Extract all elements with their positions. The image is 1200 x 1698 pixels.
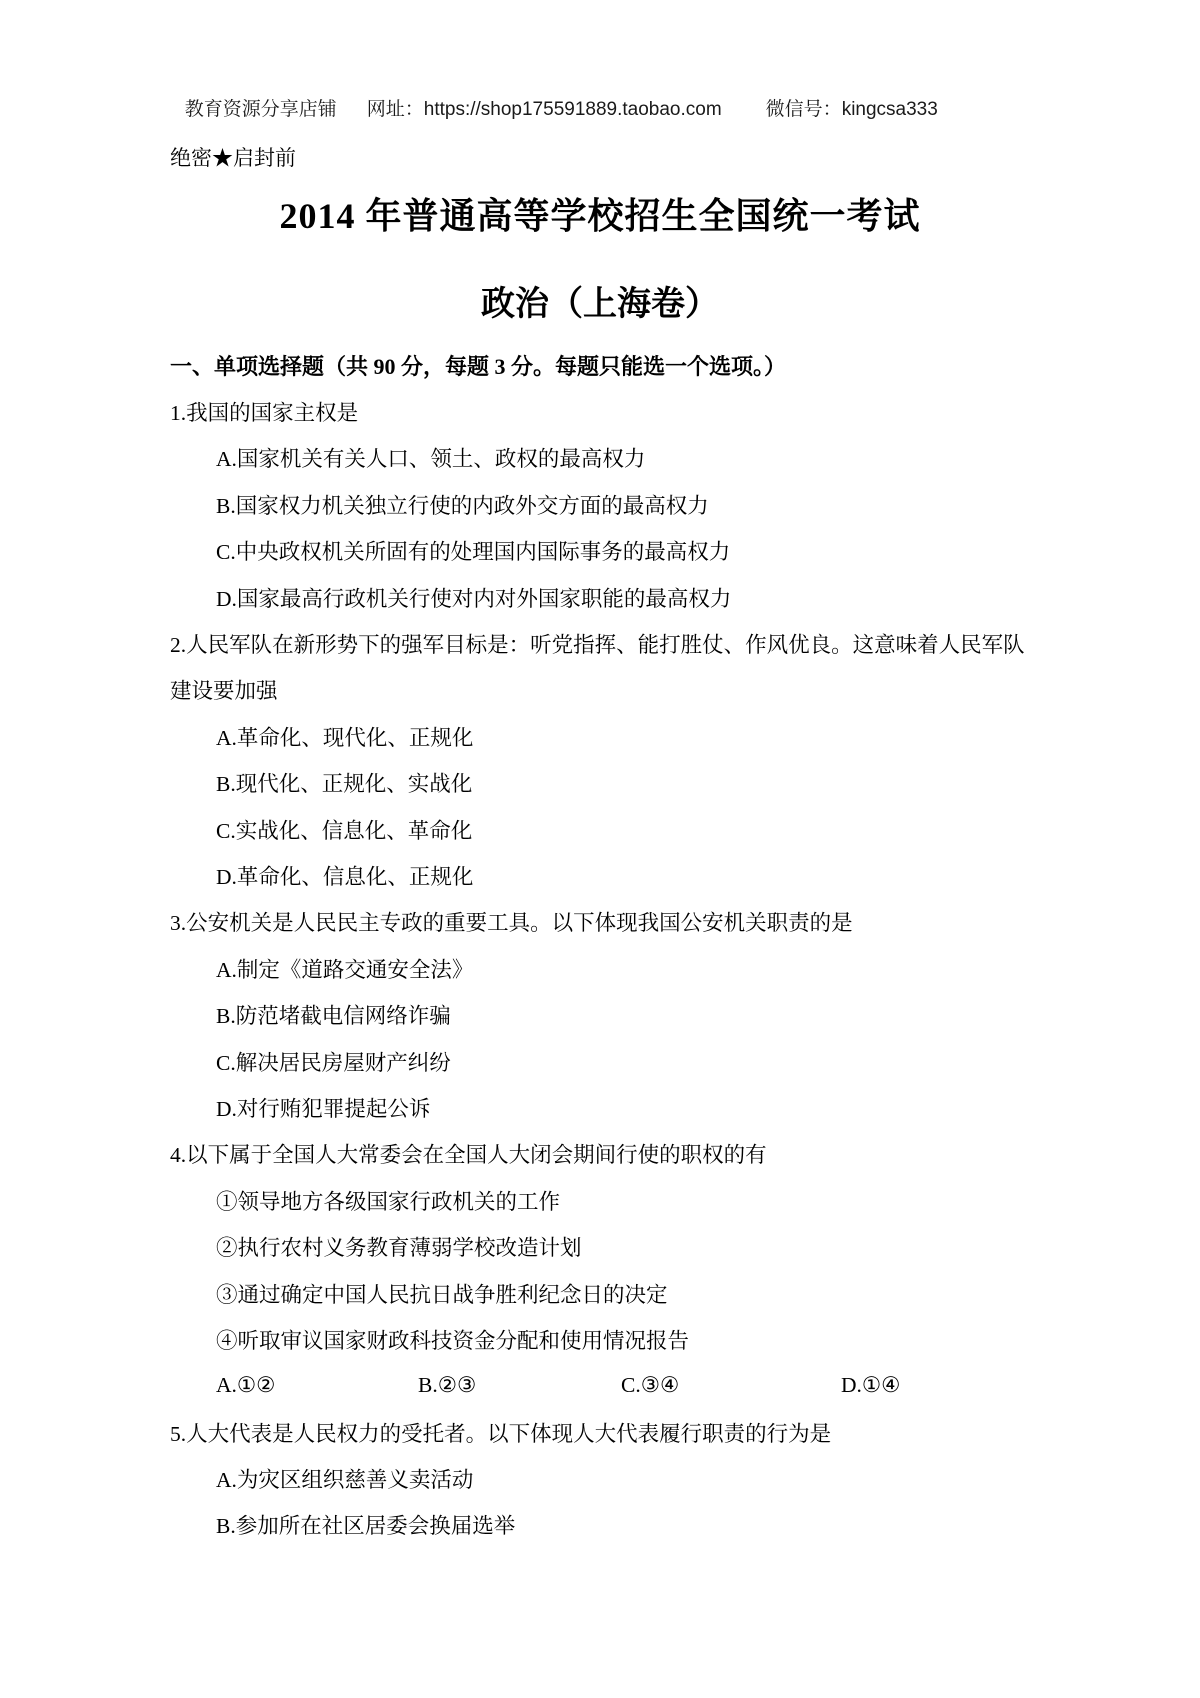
section-heading: 一、单项选择题（共 90 分，每题 3 分。每题只能选一个选项。） [170, 342, 1050, 388]
promo-header: 教育资源分享店铺网址：https://shop175591889.taobao.… [0, 72, 1200, 121]
question-2-option-d: D.革命化、信息化、正规化 [170, 852, 1050, 898]
promo-site-label: 网址： [367, 94, 424, 121]
question-1-option-c: C.中央政权机关所固有的处理国内国际事务的最高权力 [170, 528, 1050, 574]
promo-store-name: 教育资源分享店铺 [185, 94, 337, 121]
question-4-choice-c: C.③④ [621, 1373, 841, 1398]
question-4-choice-b: B.②③ [418, 1373, 621, 1398]
promo-wechat-id: kingcsa333 [842, 99, 938, 121]
question-2-option-c: C.实战化、信息化、革命化 [170, 806, 1050, 852]
question-4-item-1: ①领导地方各级国家行政机关的工作 [170, 1177, 1050, 1223]
question-2-option-a: A.革命化、现代化、正规化 [170, 713, 1050, 759]
question-1-option-d: D.国家最高行政机关行使对内对外国家职能的最高权力 [170, 574, 1050, 620]
promo-wechat-label: 微信号： [766, 94, 842, 121]
question-5-option-b: B.参加所在社区居委会换届选举 [170, 1502, 1050, 1548]
exam-subtitle: 政治（上海卷） [0, 276, 1200, 325]
question-3-stem: 3.公安机关是人民民主专政的重要工具。以下体现我国公安机关职责的是 [170, 899, 1050, 945]
question-1-option-a: A.国家机关有关人口、领土、政权的最高权力 [170, 435, 1050, 481]
question-4-choice-a: A.①② [216, 1373, 418, 1398]
question-4-choice-d: D.①④ [841, 1373, 900, 1398]
question-4-item-2: ②执行农村义务教育薄弱学校改造计划 [170, 1223, 1050, 1269]
question-1-stem: 1.我国的国家主权是 [170, 388, 1050, 434]
question-4-choices-row: A.①② B.②③ C.③④ D.①④ [170, 1363, 1050, 1409]
question-2-stem-line-1: 2.人民军队在新形势下的强军目标是：听党指挥、能打胜仗、作风优良。这意味着人民军… [170, 620, 1050, 666]
question-3-option-a: A.制定《道路交通安全法》 [170, 945, 1050, 991]
question-1-option-b: B.国家权力机关独立行使的内政外交方面的最高权力 [170, 481, 1050, 527]
question-2-stem-line-2: 建设要加强 [170, 667, 1050, 713]
question-3-option-d: D.对行贿犯罪提起公诉 [170, 1084, 1050, 1130]
question-3-option-c: C.解决居民房屋财产纠纷 [170, 1038, 1050, 1084]
question-4-item-3: ③通过确定中国人民抗日战争胜利纪念日的决定 [170, 1270, 1050, 1316]
question-5-option-a: A.为灾区组织慈善义卖活动 [170, 1455, 1050, 1501]
question-4-item-4: ④听取审议国家财政科技资金分配和使用情况报告 [170, 1316, 1050, 1362]
exam-paper-page: { "colors": { "background": "#ffffff", "… [0, 0, 1200, 1698]
promo-site-url: https://shop175591889.taobao.com [424, 99, 722, 121]
question-4-stem: 4.以下属于全国人大常委会在全国人大闭会期间行使的职权的有 [170, 1131, 1050, 1177]
exam-body: 一、单项选择题（共 90 分，每题 3 分。每题只能选一个选项。） 1.我国的国… [0, 342, 1200, 1548]
question-3-option-b: B.防范堵截电信网络诈骗 [170, 991, 1050, 1037]
security-classification: 绝密★启封前 [170, 142, 296, 172]
question-2-option-b: B.现代化、正规化、实战化 [170, 760, 1050, 806]
exam-title: 2014 年普通高等学校招生全国统一考试 [0, 188, 1200, 239]
question-5-stem: 5.人大代表是人民权力的受托者。以下体现人大代表履行职责的行为是 [170, 1409, 1050, 1455]
